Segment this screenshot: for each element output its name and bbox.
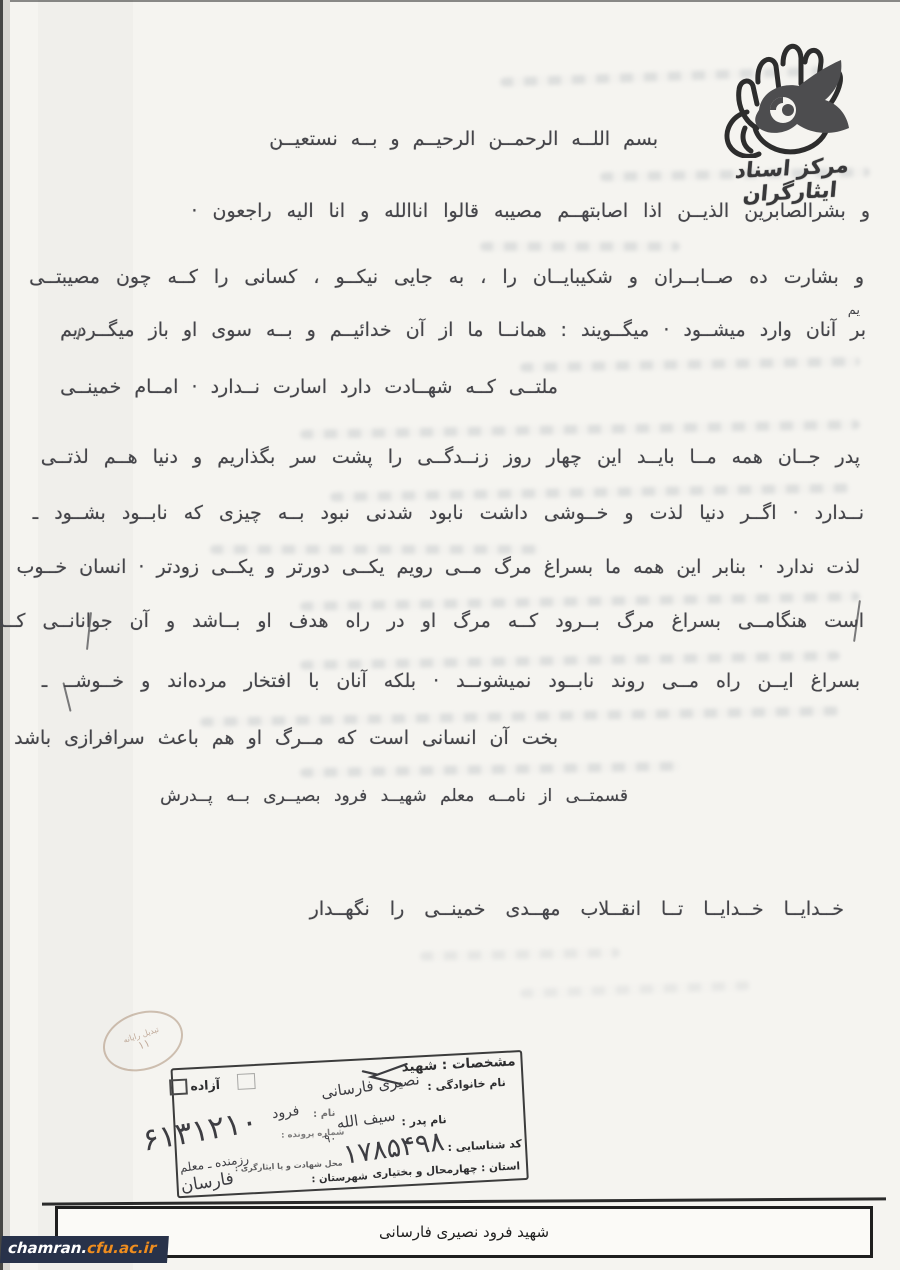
letter-line-7: نــدارد · اگــر دنیا لذت و خــوشی داشت ن… <box>33 502 864 524</box>
caption-text: شهید فرود نصیری فارسانی <box>379 1223 549 1241</box>
letter-line-6: پدر جــان همه مــا بایــد این چهار روز ز… <box>41 446 860 468</box>
letter-line-5: ملتــی کــه شهــادت دارد اسارت نــدارد ·… <box>60 376 558 398</box>
stamp-checkbox-azadeh <box>169 1079 188 1096</box>
letter-line-10: بسراغ ایــن راه مــی روند نابــود نمیشون… <box>42 670 860 692</box>
martyr-id-stamp: مشخصات : شهید آزاده نام خانوادگی : نصیری… <box>170 1050 528 1198</box>
martyrdom-place-label: محل شهادت و یا ایثارگری : <box>235 1159 343 1174</box>
letter-line-3: و بشارت ده صــابــران و شکیبایــان را ، … <box>29 266 864 288</box>
site-watermark: chamran.cfu.ac.ir <box>0 1236 169 1263</box>
stamp-checkbox-unlabeled <box>237 1073 256 1090</box>
hand-tulip-emblem-icon <box>693 18 889 158</box>
letter-line-8: لذت ندارد · بنابر این همه ما بسراغ مرگ م… <box>17 556 861 578</box>
letter-slogan-line: خــدایــا خــدایــا تــا انقــلاب مهــدی… <box>310 898 844 920</box>
scan-left-edge-light <box>3 0 10 1270</box>
bleed-through-smudge <box>330 483 850 501</box>
bleed-through-smudge <box>420 948 620 960</box>
county-label: شهرستان : <box>311 1171 368 1185</box>
letter-line-9: است هنگامــی بسراغ مرگ بــرود کــه مرگ ا… <box>0 610 864 632</box>
bleed-through-smudge <box>200 706 840 726</box>
letter-line-11: بخت آن انسانی است که مــرگ او هم باعث سر… <box>0 727 558 749</box>
scanned-letter-page: مرکز اسناد ایثارگران بسم اللــه الرحمــن… <box>0 0 900 1270</box>
watermark-suffix: cfu.ac.ir <box>87 1239 157 1257</box>
isargaran-center-logo: مرکز اسناد ایثارگران <box>693 18 889 198</box>
caption-box: شهید فرود نصیری فارسانی <box>55 1206 873 1258</box>
bleed-through-smudge <box>520 981 750 998</box>
bleed-through-smudge <box>210 545 540 554</box>
id-code-annotation: ۹۰ <box>324 1132 336 1146</box>
father-name-value: سیف الله <box>335 1106 396 1132</box>
letter-closing-attribution: قسمتــی از نامــه معلم شهیــد فرود بصیــ… <box>160 786 628 806</box>
letter-line-4-superscript: یم <box>848 303 860 318</box>
first-name-label: نام : <box>313 1108 336 1120</box>
bleed-through-smudge <box>520 357 860 372</box>
bleed-through-smudge <box>300 592 860 611</box>
id-code-label: کد شناسایی : <box>447 1137 522 1154</box>
letter-line-2: و بشرالصابرین الذیــن اذا اصابتهــم مصیب… <box>191 200 870 222</box>
province-label: استان : <box>481 1160 521 1174</box>
family-name-label: نام خانوادگی : <box>427 1076 506 1093</box>
stamp-header-label: مشخصات : <box>441 1053 516 1073</box>
paper-fold-shading <box>38 0 133 1270</box>
first-name-value: فرود <box>271 1103 300 1122</box>
oval-stamp-number: ۱۱ <box>137 1038 152 1053</box>
scan-top-edge <box>0 0 900 2</box>
bleed-through-smudge <box>300 420 860 439</box>
letter-line-4: بر آنان وارد میشــود · میگــویند : همانـ… <box>60 319 866 341</box>
watermark-prefix: chamran. <box>7 1239 87 1257</box>
file-number-value: ۶۱۳۱۲۱۰ <box>140 1103 261 1159</box>
bleed-through-smudge <box>300 651 840 669</box>
bleed-through-smudge <box>300 762 680 778</box>
scan-left-edge-dark <box>0 0 3 1270</box>
province-value: چهارمحال و بختیاری <box>372 1162 478 1179</box>
letter-line-1: بسم اللــه الرحمــن الرحیــم و بــه نستع… <box>269 128 658 150</box>
bleed-through-smudge <box>480 242 680 251</box>
caption-box-ghost-line <box>42 1197 886 1205</box>
stamp-checkbox-azadeh-label: آزاده <box>190 1077 220 1094</box>
